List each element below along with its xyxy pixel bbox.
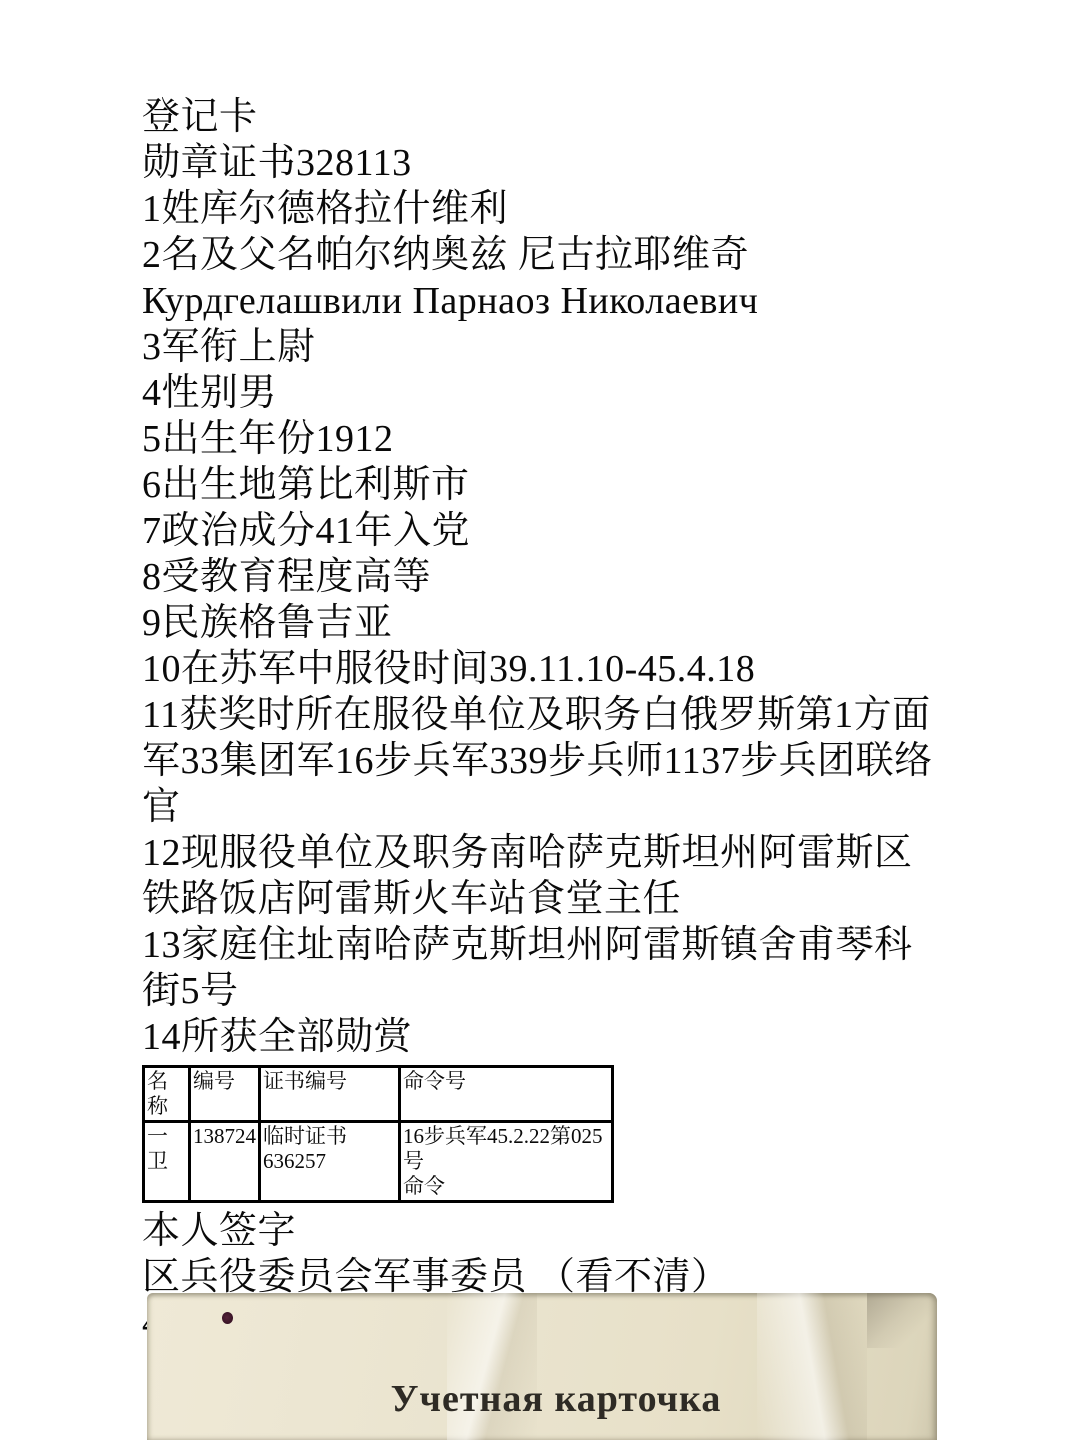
line-birth-year: 5出生年份1912 bbox=[142, 416, 998, 462]
line-awards-heading: 14所获全部勋赏 bbox=[142, 1014, 998, 1060]
awards-col-number: 编号 bbox=[190, 1067, 260, 1122]
awards-table-header-row: 名称 编号 证书编号 命令号 bbox=[144, 1067, 613, 1122]
line-gender: 4性别男 bbox=[142, 370, 998, 416]
line-birthplace: 6出生地第比利斯市 bbox=[142, 462, 998, 508]
line-given-patronymic: 2名及父名帕尔纳奥兹 尼古拉耶维奇 bbox=[142, 232, 998, 278]
line-service-period: 10在苏军中服役时间39.11.10-45.4.18 bbox=[142, 646, 998, 692]
line-political-status: 7政治成分41年入党 bbox=[142, 508, 998, 554]
award-certificate-cell: 临时证书636257 bbox=[260, 1122, 400, 1202]
award-name-cell: 一卫 bbox=[144, 1122, 190, 1202]
line-rank: 3军衔上尉 bbox=[142, 324, 998, 370]
line-surname: 1姓库尔德格拉什维利 bbox=[142, 186, 998, 232]
award-number-cell: 138724 bbox=[190, 1122, 260, 1202]
awards-col-name: 名称 bbox=[144, 1067, 190, 1122]
punch-hole bbox=[222, 1312, 233, 1324]
line-certificate-no: 勋章证书328113 bbox=[142, 140, 998, 186]
line-ethnicity: 9民族格鲁吉亚 bbox=[142, 600, 998, 646]
page: { "doc": { "lines": [ "登记卡", "勋章证书328113… bbox=[0, 0, 1065, 1440]
photo-caption: Учетная карточка bbox=[147, 1377, 937, 1421]
awards-table: 名称 编号 证书编号 命令号 一卫 138724 临时证书636257 16步兵… bbox=[142, 1065, 614, 1203]
line-signature: 本人签字 bbox=[142, 1208, 998, 1254]
line-home-address: 13家庭住址南哈萨克斯坦州阿雷斯镇舍甫琴科 街5号 bbox=[142, 922, 998, 1014]
awards-col-certificate: 证书编号 bbox=[260, 1067, 400, 1122]
line-education: 8受教育程度高等 bbox=[142, 554, 998, 600]
line-name-russian: Курдгелашвили Парнаоз Николаевич bbox=[142, 278, 998, 324]
awards-col-order: 命令号 bbox=[400, 1067, 613, 1122]
awards-table-row: 一卫 138724 临时证书636257 16步兵军45.2.22第025号 命… bbox=[144, 1122, 613, 1202]
photo-registration-card: Учетная карточка bbox=[147, 1293, 937, 1440]
line-current-unit: 12现服役单位及职务南哈萨克斯坦州阿雷斯区 铁路饭店阿雷斯火车站食堂主任 bbox=[142, 830, 998, 922]
award-order-cell: 16步兵军45.2.22第025号 命令 bbox=[400, 1122, 613, 1202]
line-title: 登记卡 bbox=[142, 94, 998, 140]
paper-corner-fold bbox=[867, 1293, 937, 1348]
line-award-unit: 11获奖时所在服役单位及职务白俄罗斯第1方面 军33集团军16步兵军339步兵师… bbox=[142, 692, 998, 830]
translation-text-block: 登记卡 勋章证书328113 1姓库尔德格拉什维利 2名及父名帕尔纳奥兹 尼古拉… bbox=[142, 94, 998, 1346]
